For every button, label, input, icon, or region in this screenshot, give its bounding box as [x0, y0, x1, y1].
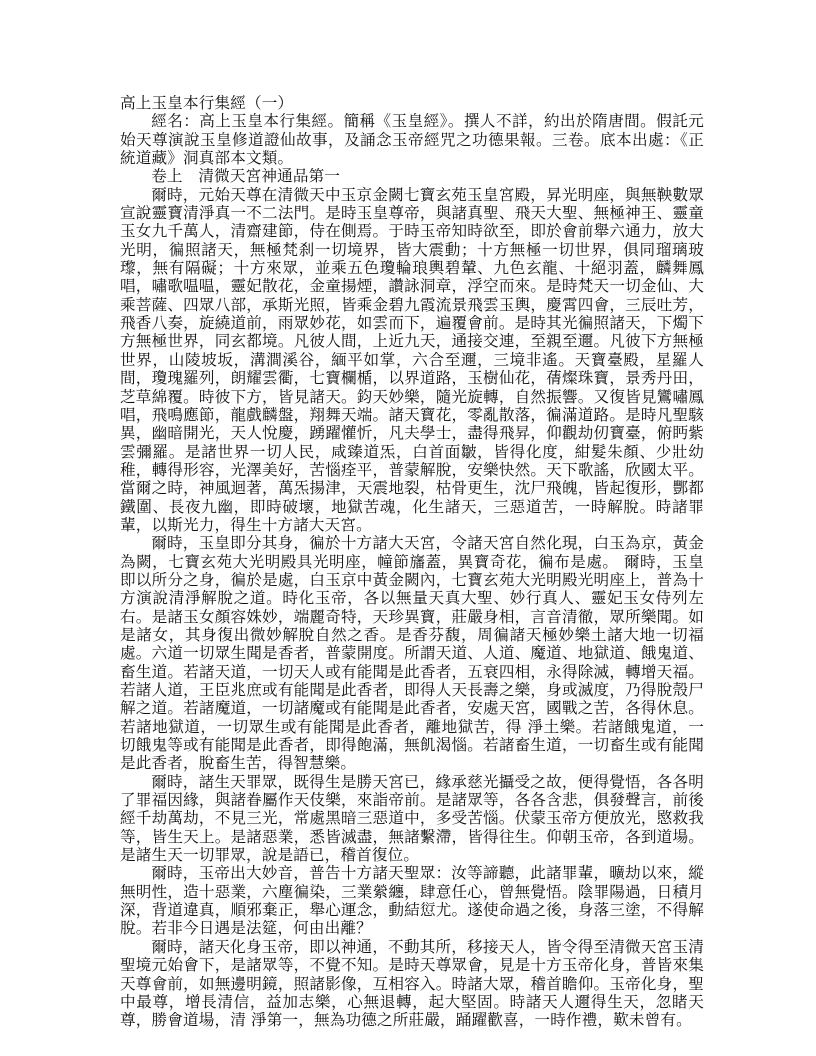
- chapter-heading: 卷上 清微天宮神通品第一: [120, 167, 704, 185]
- intro-paragraph: 經名：高上玉皇本行集經。簡稱《玉皇經》。撰人不詳，約出於隋唐間。假託元始天尊演說…: [120, 112, 704, 167]
- body-paragraph: 爾時，玉皇即分其身，徧於十方諸大天宮，令諸天宮自然化現，白玉為京，黃金為闕，七寶…: [120, 534, 704, 772]
- body-paragraph: 爾時，元始天尊在清微天中玉京金闕七寶玄苑玉皇宮殿，昇光明座，與無鞅數眾宣說靈寶清…: [120, 186, 704, 535]
- document-page: 高上玉皇本行集經（一） 經名：高上玉皇本行集經。簡稱《玉皇經》。撰人不詳，約出於…: [120, 94, 704, 1030]
- body-paragraph: 爾時，諸生天罪眾，既得生是勝天宮已，緣承慈光攝受之故，便得覺悟，各各明了罪福因緣…: [120, 773, 704, 865]
- document-title: 高上玉皇本行集經（一）: [120, 94, 704, 112]
- body-paragraph: 爾時，諸天化身玉帝，即以神通，不動其所，移接天人，皆令得至清微天宮玉清聖境元始會…: [120, 938, 704, 1030]
- body-paragraph: 爾時，玉帝出大妙音，普告十方諸天聖眾：汝等諦聽，此諸罪輩，曠劫以來，縱無明性，造…: [120, 864, 704, 937]
